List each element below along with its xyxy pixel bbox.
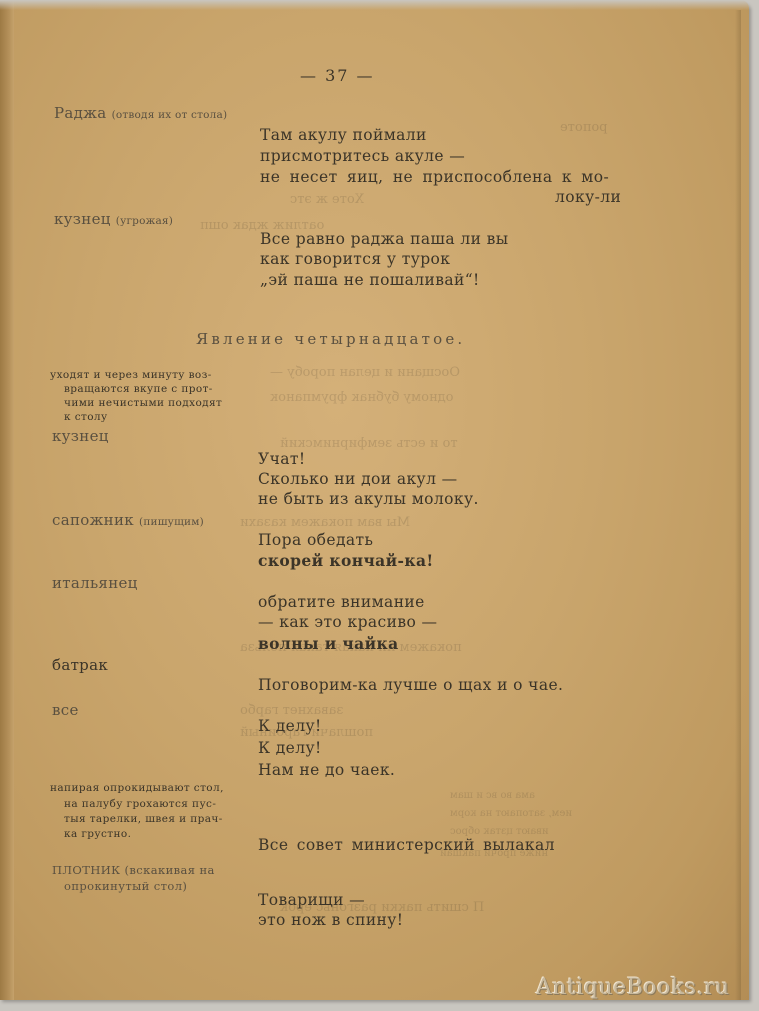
bleed-through-text: одному бубнак фрумпанок bbox=[270, 390, 453, 405]
verse-line: это нож в спину! bbox=[258, 913, 403, 929]
verse-line: Товарищи — bbox=[258, 893, 365, 909]
verse-line: не несет яиц, не приспособлена к мо- bbox=[260, 170, 609, 186]
verse-line: как говорится у турок bbox=[260, 252, 450, 268]
stage-note-line: чими нечистыми подходят bbox=[64, 397, 222, 411]
stage-direction: (угрожая) bbox=[116, 215, 173, 227]
bleed-through-text: ием, затопают на корм bbox=[450, 808, 572, 819]
stage-direction: (отводя их от стола) bbox=[112, 109, 228, 121]
stage-note-line: уходят и через минуту воз- bbox=[50, 369, 212, 383]
bleed-through-text: завахнет гарбо bbox=[240, 703, 343, 718]
verse-line: Все совет министерский вылакал bbox=[258, 838, 555, 854]
stage-note-line: вращаются вкупе с прот- bbox=[64, 383, 213, 397]
stage-direction: опрокинутый стол) bbox=[64, 880, 187, 894]
page-binding-edge bbox=[0, 0, 14, 1000]
stage-note-line: на палубу грохаются пус- bbox=[64, 798, 216, 812]
verse-line: не быть из акулы молоку. bbox=[258, 492, 479, 508]
book-page: ропоте Хоте ж этс оатлиж ждак ошп Оосщан… bbox=[0, 0, 749, 1000]
speaker-name: плотник (вскакивая на bbox=[52, 864, 215, 878]
verse-line: Пора обедать bbox=[258, 533, 373, 549]
watermark: AntiqueBooks.ru bbox=[536, 975, 730, 1000]
verse-line: Сколько ни дои акул — bbox=[258, 472, 458, 488]
stage-note-line: тыя тарелки, швея и прач- bbox=[64, 813, 223, 827]
speaker-name: батрак bbox=[52, 658, 108, 673]
verse-line: Учат! bbox=[258, 452, 306, 468]
page-edge-shadow bbox=[735, 10, 741, 1000]
bleed-through-text: то и есть земфирнимский bbox=[280, 436, 458, 451]
stage-direction: (вскакивая на bbox=[125, 863, 215, 877]
verse-line: локу-ли bbox=[555, 190, 621, 206]
speaker-name: сапожник (пишущим) bbox=[52, 513, 204, 528]
verse-line: Нам не до чаек. bbox=[258, 763, 395, 779]
speaker-name: итальянец bbox=[52, 576, 138, 591]
verse-line: Все равно раджа паша ли вы bbox=[260, 232, 509, 248]
bleed-through-text: Мы вам покажем казахи bbox=[240, 515, 410, 530]
bleed-through-text: ама во вс и шам bbox=[450, 790, 535, 801]
stage-note-line: напирая опрокидывают стол, bbox=[50, 782, 224, 796]
verse-line: — как это красиво — bbox=[258, 615, 437, 631]
stage-note-line: ка грустно. bbox=[64, 828, 131, 842]
verse-line: „эй паша не пошаливай“! bbox=[260, 273, 480, 289]
scene-heading: Явление четырнадцатое. bbox=[196, 332, 465, 347]
speaker-name: кузнец bbox=[52, 429, 109, 444]
verse-line: присмотритесь акуле — bbox=[260, 149, 465, 165]
verse-line: обратите внимание bbox=[258, 595, 425, 611]
stage-direction: (пишущим) bbox=[139, 516, 204, 528]
speaker-name: кузнец (угрожая) bbox=[54, 212, 173, 227]
verse-line: Поговорим-ка лучше о щах и о чае. bbox=[258, 678, 563, 694]
verse-line: скорей кончай-ка! bbox=[258, 553, 434, 569]
bleed-through-text: Хоте ж этс bbox=[290, 192, 364, 207]
verse-line: волны и чайка bbox=[258, 636, 399, 652]
bleed-through-text: Оосщани и целан поробу — bbox=[270, 365, 460, 380]
speaker-name: все bbox=[52, 703, 79, 718]
verse-line: Там акулу поймали bbox=[260, 128, 427, 144]
stage-note-line: к столу bbox=[64, 411, 108, 425]
page-number: — 37 — bbox=[300, 68, 375, 84]
bleed-through-text: ропоте bbox=[560, 120, 608, 135]
verse-line: К делу! bbox=[258, 741, 322, 757]
page-top-edge bbox=[0, 0, 759, 10]
speaker-name: Раджа (отводя их от стола) bbox=[54, 106, 227, 121]
verse-line: К делу! bbox=[258, 719, 322, 735]
